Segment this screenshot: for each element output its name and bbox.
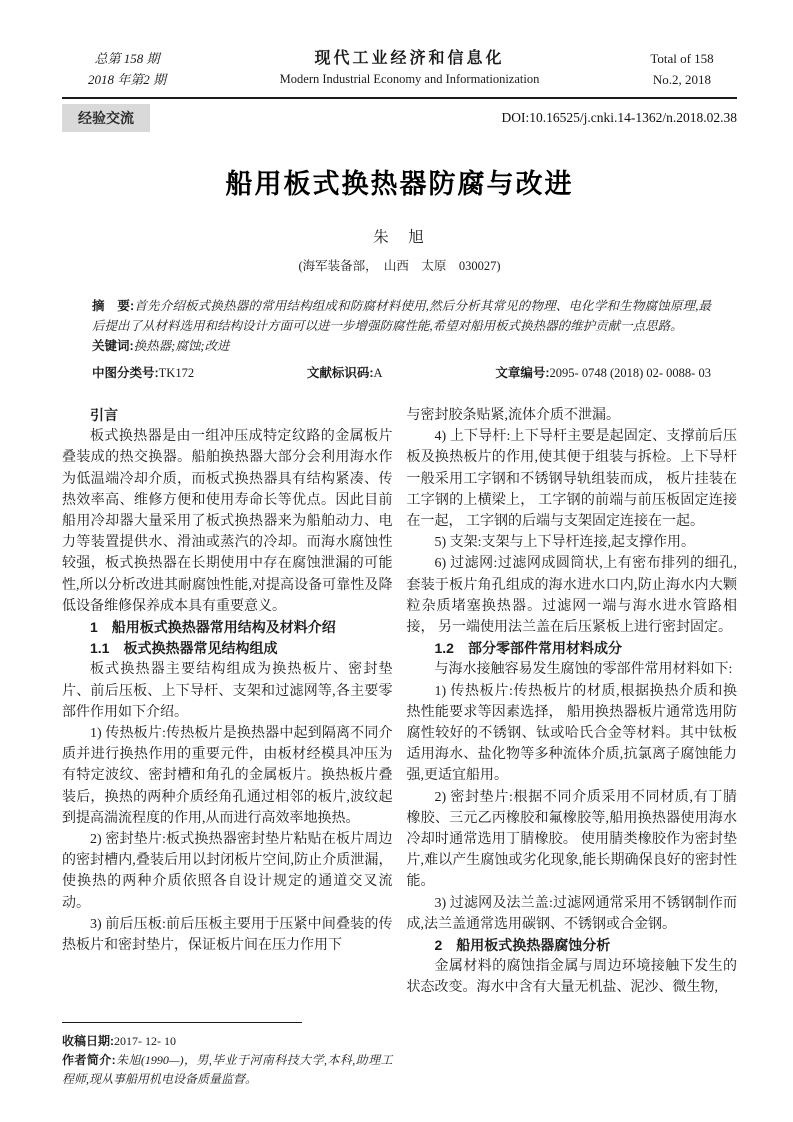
article-affiliation: (海军装备部， 山西 太原 030027)	[62, 256, 737, 274]
abstract-text: 首先介绍板式换热器的常用结构组成和防腐材料使用,然后分析其常见的物理、电化学和生…	[92, 299, 711, 333]
issue-info-right: Total of 158 No.2, 2018	[627, 48, 737, 90]
corrosion-paragraph: 金属材料的腐蚀指金属与周边环境接触下发生的状态改变。海水中含有大量无机盐、泥沙、…	[407, 956, 738, 998]
footnote-block: 收稿日期:2017- 12- 10 作者简介:朱旭(1990—)，男,毕业于河南…	[62, 1022, 393, 1089]
intro-heading: 引言	[62, 405, 393, 426]
article-id-value: 2095- 0748 (2018) 02- 0088- 03	[550, 366, 711, 380]
received-date-label: 收稿日期:	[62, 1034, 114, 1048]
material-item-3: 3) 过滤网及法兰盖:过滤网通常采用不锈钢制作而成,法兰盖通常选用碳钢、不锈钢或…	[407, 893, 738, 935]
abstract-paragraph: 摘 要:首先介绍板式换热器的常用结构组成和防腐材料使用,然后分析其常见的物理、电…	[92, 296, 711, 336]
keywords-paragraph: 关键词:换热器;腐蚀;改进	[92, 336, 711, 356]
intro-paragraph: 板式换热器是由一组冲压成特定纹路的金属板片叠装成的热交换器。船舶换热器大部分会利…	[62, 426, 393, 617]
journal-header: 总第 158 期 2018 年第2 期 现代工业经济和信息化 Modern In…	[62, 48, 737, 99]
materials-paragraph: 与海水接触容易发生腐蚀的零部件常用材料如下:	[407, 659, 738, 680]
structure-item-6: 6) 过滤网:过滤网成圆筒状,上有密布排列的细孔,套装于板片角孔组成的海水进水口…	[407, 553, 738, 638]
material-item-1: 1) 传热板片:传热板片的材质,根据换热介质和换热性能要求等因素选择， 船用换热…	[407, 681, 738, 787]
section-1-1-heading: 1.1 板式换热器常见结构组成	[62, 638, 393, 659]
article-id-label: 文章编号:	[495, 366, 549, 380]
author-bio-line: 作者简介:朱旭(1990—)，男,毕业于河南科技大学,本科,助理工程师,现从事船…	[62, 1051, 393, 1089]
structure-paragraph: 板式换热器主要结构组成为换热板片、密封垫片、前后压板、上下导杆、支架和过滤网等,…	[62, 659, 393, 723]
column-badge: 经验交流	[62, 104, 150, 132]
article-author: 朱 旭	[62, 225, 737, 247]
received-date-line: 收稿日期:2017- 12- 10	[62, 1032, 393, 1051]
journal-title-en: Modern Industrial Economy and Informatio…	[192, 69, 627, 89]
doc-code-label: 文献标识码:	[307, 366, 374, 380]
journal-titles: 现代工业经济和信息化 Modern Industrial Economy and…	[192, 48, 627, 89]
continued-paragraph: 与密封胶条贴紧,流体介质不泄漏。	[407, 405, 738, 426]
keywords-label: 关键词:	[92, 339, 134, 353]
paper-page: 总第 158 期 2018 年第2 期 现代工业经济和信息化 Modern In…	[0, 0, 793, 1122]
issue-info-left: 总第 158 期 2018 年第2 期	[62, 48, 192, 90]
clc-value: TK172	[159, 366, 194, 380]
author-bio-label: 作者简介:	[62, 1053, 116, 1067]
abstract-label: 摘 要:	[92, 299, 134, 313]
clc-item: 中图分类号:TK172	[92, 363, 194, 381]
journal-title-cn: 现代工业经济和信息化	[192, 48, 627, 69]
badge-doi-row: 经验交流 DOI:10.16525/j.cnki.14-1362/n.2018.…	[62, 104, 737, 132]
left-column: 引言 板式换热器是由一组冲压成特定纹路的金属板片叠装成的热交换器。船舶换热器大部…	[62, 405, 393, 1089]
section-1-2-heading: 1.2 部分零部件常用材料成分	[407, 638, 738, 659]
section-2-heading: 2 船用板式换热器腐蚀分析	[407, 935, 738, 956]
section-1-heading: 1 船用板式换热器常用结构及材料介绍	[62, 617, 393, 638]
structure-item-3: 3) 前后压板:前后压板主要用于压紧中间叠装的传热板片和密封垫片，保证板片间在压…	[62, 914, 393, 956]
keywords-text: 换热器;腐蚀;改进	[134, 339, 230, 353]
material-item-2: 2) 密封垫片:根据不同介质采用不同材质,有丁腈橡胶、三元乙丙橡胶和氟橡胶等,船…	[407, 787, 738, 893]
abstract-block: 摘 要:首先介绍板式换热器的常用结构组成和防腐材料使用,然后分析其常见的物理、电…	[92, 296, 711, 381]
doc-code-item: 文献标识码:A	[307, 363, 383, 381]
structure-item-5: 5) 支架:支架与上下导杆连接,起支撑作用。	[407, 532, 738, 553]
issue-total-en: Total of 158	[627, 48, 737, 69]
article-id-item: 文章编号:2095- 0748 (2018) 02- 0088- 03	[495, 363, 711, 381]
structure-item-4: 4) 上下导杆:上下导杆主要是起固定、支撑前后压板及换热板片的作用,使其便于组装…	[407, 426, 738, 532]
page-content: 总第 158 期 2018 年第2 期 现代工业经济和信息化 Modern In…	[62, 48, 737, 1089]
issue-number-en: No.2, 2018	[627, 69, 737, 90]
clc-label: 中图分类号:	[92, 366, 159, 380]
structure-item-1: 1) 传热板片:传热板片是换热器中起到隔离不同介质并进行换热作用的重要元件，由板…	[62, 723, 393, 829]
doi-text: DOI:10.16525/j.cnki.14-1362/n.2018.02.38	[502, 110, 738, 126]
article-body: 引言 板式换热器是由一组冲压成特定纹路的金属板片叠装成的热交换器。船舶换热器大部…	[62, 405, 737, 1089]
classification-row: 中图分类号:TK172 文献标识码:A 文章编号:2095- 0748 (201…	[92, 363, 711, 381]
structure-item-2: 2) 密封垫片:板式换热器密封垫片粘贴在板片周边的密封槽内,叠装后用以封闭板片空…	[62, 829, 393, 914]
issue-total-cn: 总第 158 期	[62, 48, 192, 69]
article-title: 船用板式换热器防腐与改进	[62, 162, 737, 201]
right-column: 与密封胶条贴紧,流体介质不泄漏。 4) 上下导杆:上下导杆主要是起固定、支撑前后…	[407, 405, 738, 1089]
footnote-divider	[62, 1022, 302, 1023]
received-date-value: 2017- 12- 10	[114, 1034, 176, 1048]
doc-code-value: A	[374, 366, 383, 380]
issue-number-cn: 2018 年第2 期	[62, 69, 192, 90]
